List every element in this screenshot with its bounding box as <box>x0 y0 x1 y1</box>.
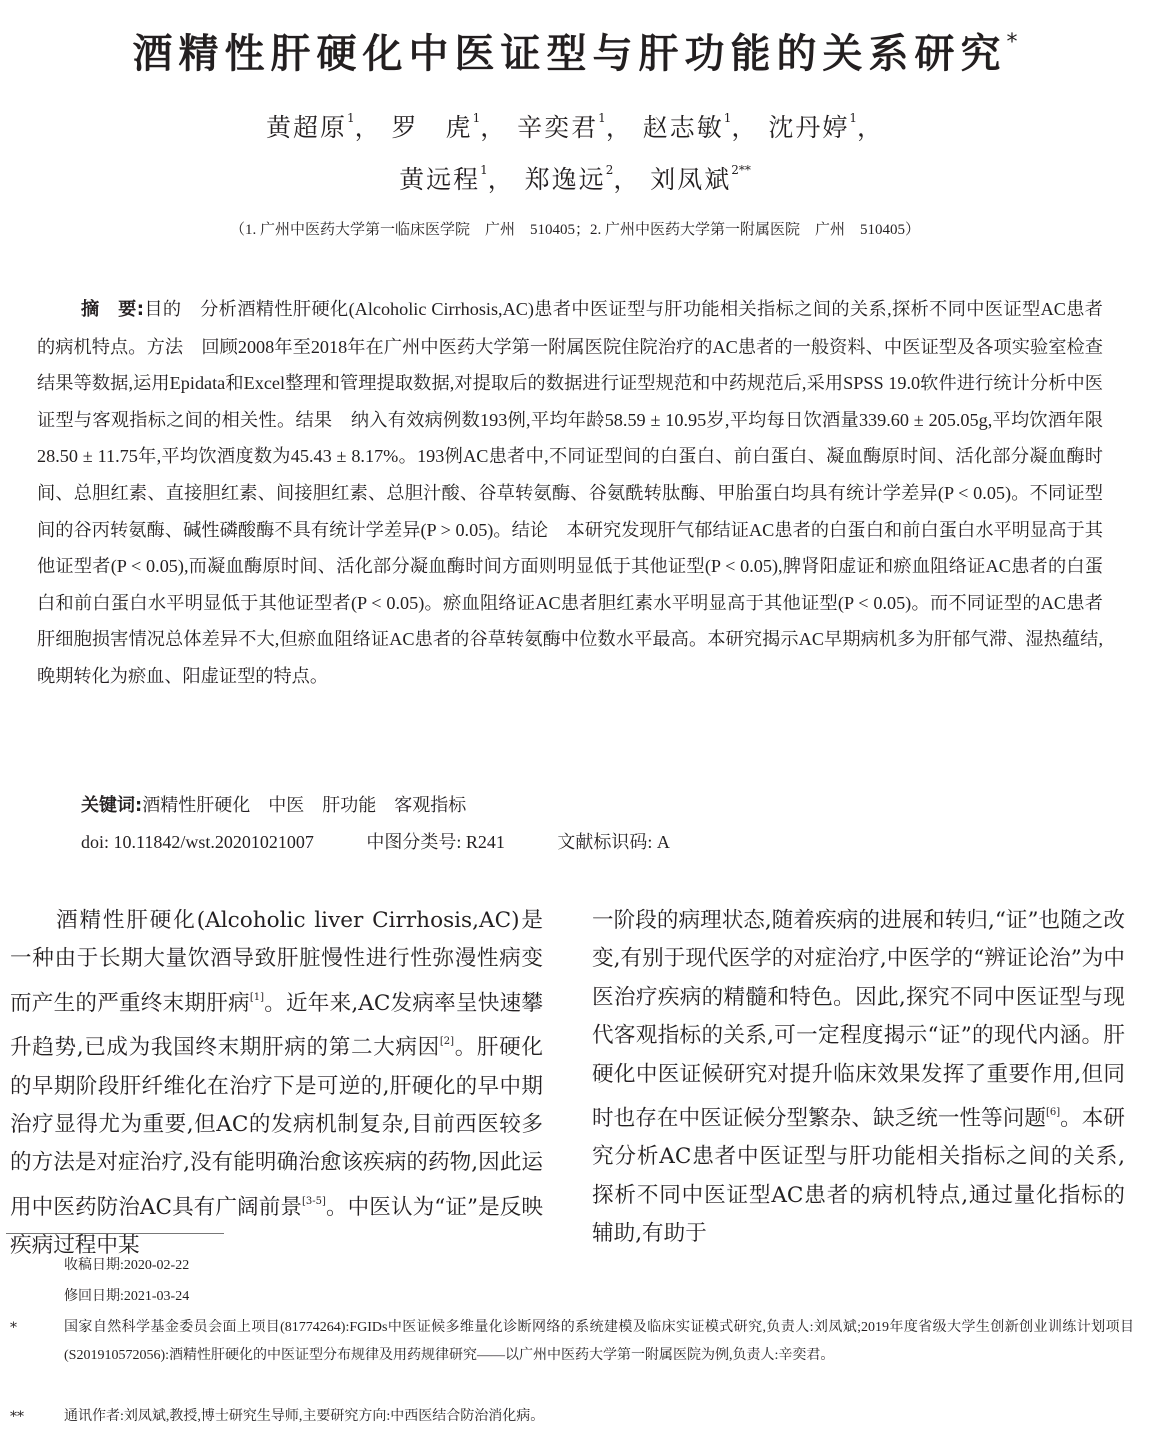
author: 罗 虎1 <box>392 113 481 142</box>
abstract-text: 目的 分析酒精性肝硬化(Alcoholic Cirrhosis,AC)患者中医证… <box>37 299 1103 686</box>
keywords-label: 关键词: <box>81 795 142 816</box>
footnote-divider <box>6 1233 224 1234</box>
author-list-line2: 黄远程1， 郑逸远2， 刘凤斌2** <box>0 160 1150 196</box>
author: 辛奕君1 <box>517 113 606 142</box>
author: 黄超原1 <box>266 113 355 142</box>
title-footnote-mark: * <box>1007 30 1018 55</box>
corresponding-footnote-mark: ** <box>10 1403 24 1431</box>
author: 赵志敏1 <box>643 113 732 142</box>
document-code: 文献标识码: A <box>557 832 670 852</box>
revised-date: 修回日期:2021-03-24 <box>64 1283 189 1311</box>
citation[interactable]: [2] <box>440 1036 454 1047</box>
keywords: 关键词:酒精性肝硬化 中医 肝功能 客观指标 <box>81 791 466 817</box>
fund-footnote-mark: * <box>10 1314 17 1342</box>
citation[interactable]: [6] <box>1046 1107 1060 1118</box>
author-list-line1: 黄超原1， 罗 虎1， 辛奕君1， 赵志敏1， 沈丹婷1， <box>0 108 1150 144</box>
author: 刘凤斌2** <box>650 165 751 194</box>
keywords-text: 酒精性肝硬化 中医 肝功能 客观指标 <box>142 795 466 815</box>
corresponding-author-note: 通讯作者:刘凤斌,教授,博士研究生导师,主要研究方向:中西医结合防治消化病。 <box>64 1403 544 1431</box>
citation[interactable]: [3-5] <box>302 1196 326 1207</box>
author: 黄远程1 <box>399 165 488 194</box>
doi[interactable]: doi: 10.11842/wst.20201021007 <box>81 832 314 852</box>
author: 郑逸远2 <box>525 165 614 194</box>
abstract: 摘 要:目的 分析酒精性肝硬化(Alcoholic Cirrhosis,AC)患… <box>37 291 1103 695</box>
affiliations: （1. 广州中医药大学第一临床医学院 广州 510405；2. 广州中医药大学第… <box>0 218 1150 239</box>
article-meta: doi: 10.11842/wst.20201021007 中图分类号: R24… <box>81 828 718 854</box>
paper-title: 酒精性肝硬化中医证型与肝功能的关系研究* <box>0 22 1150 79</box>
title-text: 酒精性肝硬化中医证型与肝功能的关系研究 <box>133 31 1007 77</box>
citation[interactable]: [1] <box>250 992 264 1003</box>
body-right-column: 一阶段的病理状态,随着疾病的进展和转归,“证”也随之改变,有别于现代医学的对症治… <box>592 902 1125 1254</box>
body-left-column: 酒精性肝硬化(Alcoholic liver Cirrhosis,AC)是一种由… <box>10 902 543 1266</box>
abstract-label: 摘 要: <box>81 299 144 320</box>
received-date: 收稿日期:2020-02-22 <box>64 1252 189 1280</box>
funding-note: 国家自然科学基金委员会面上项目(81774264):FGIDs中医证候多维量化诊… <box>64 1314 1134 1370</box>
clc-number: 中图分类号: R241 <box>366 832 505 852</box>
author: 沈丹婷1 <box>768 113 857 142</box>
